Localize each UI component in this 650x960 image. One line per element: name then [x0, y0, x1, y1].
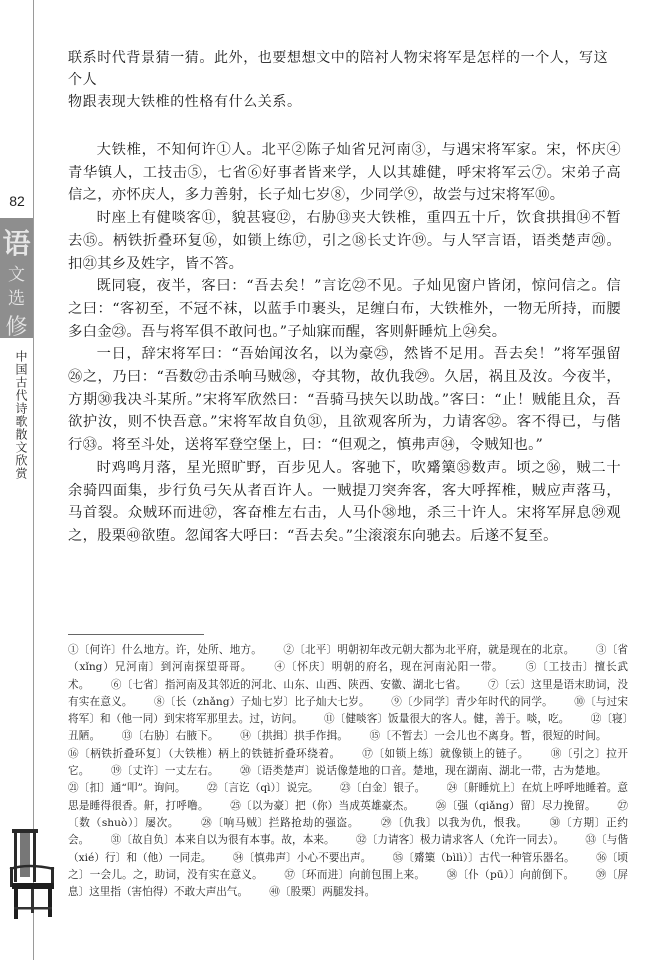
footnote: ⑮〔不暂去〕一会儿也不离身。暂，很短的时间。	[348, 730, 607, 742]
lead-line: 物跟表现大铁椎的性格有什么关系。	[68, 91, 621, 113]
footnote: ㉜〔力请客〕极力请求客人（允许一同去）。	[335, 834, 564, 846]
footnote: ㉛〔故自负〕本来自以为很有本事。故，本来。	[89, 834, 334, 846]
footnote: ㉕〔以为豪〕把（你）当成英雄豪杰。	[209, 800, 415, 812]
footnote: ⑥〔七省〕指河南及其邻近的河北、山东、山西、陕西、安徽、湖北七省。	[90, 679, 467, 691]
footnote: ⑰〔如锁上练〕就像锁上的链子。	[341, 748, 529, 760]
footnote: ⑲〔丈许〕一丈左右。	[90, 765, 219, 777]
footnotes: ①〔何许〕什么地方。许，处所、地方。②〔北平〕明朝初年改元朝大都为北平府，就是现…	[68, 642, 628, 901]
footnote: ⑳〔语类楚声〕说话像楚地的口音。楚地，现在湖南、湖北一带，古为楚地。	[219, 765, 607, 777]
lead-line: 联系时代背景猜一猜。此外，也要想想文中的陪衬人物宋将军是怎样的一个人，写这个人	[68, 47, 621, 91]
footnote: ㊳〔仆（pū）〕向前倒下。	[425, 869, 574, 881]
footnote: ⑧〔长（zhǎng）子灿七岁〕比子灿大七岁。	[133, 696, 370, 708]
footnote: ㉙〔仇我〕以我为仇，恨我。	[359, 817, 528, 829]
footnote: ⑪〔健啖客〕饭量很大的客人。健，善于。啖，吃。	[303, 713, 570, 725]
footnote: ④〔怀庆〕明朝的府名，现在河南沁阳一带。	[252, 661, 503, 673]
margin-rule	[33, 0, 34, 960]
chair-illustration-icon	[8, 827, 58, 922]
page-number: 82	[2, 193, 32, 209]
footnote: ㉒〔言讫（qì）〕说完。	[186, 782, 319, 794]
volume-title: 中国古代诗歌散文欣赏	[4, 350, 28, 480]
footnote: ㉟〔觱篥（bìlì）〕古代一种管乐器名。	[371, 852, 574, 864]
text-paragraph: 既同寝，夜半，客曰：“吾去矣！”言讫㉒不见。子灿见窗户皆闭，惊问信之。信之曰：“…	[68, 275, 621, 343]
footnote: ㉞〔慎弗声〕小心不要出声。	[212, 852, 372, 864]
footnote: ㉓〔白金〕银子。	[319, 782, 426, 794]
footnote: ㉖〔强（qiǎng）留〕尽力挽留。	[414, 800, 596, 812]
series-char: 文	[0, 260, 33, 285]
main-content: 联系时代背景猜一猜。此外，也要想想文中的陪衬人物宋将军是怎样的一个人，写这个人 …	[68, 47, 621, 548]
footnote: ⑨〔少同学〕青少年时代的同学。	[370, 696, 553, 708]
footnote: ㉘〔响马贼〕拦路抢劫的强盗。	[179, 817, 359, 829]
series-title-band: 语 文 选 修	[0, 218, 33, 338]
footnote: ㊲〔环而进〕向前包围上来。	[263, 869, 425, 881]
series-char: 修	[0, 310, 33, 341]
footnote: ⑬〔右胁〕右腋下。	[100, 730, 218, 742]
series-char: 语	[0, 222, 33, 262]
footnote: ②〔北平〕明朝初年改元朝大都为北平府，就是现在的北京。	[262, 644, 574, 656]
footnote-divider	[68, 634, 204, 635]
footnote: ①〔何许〕什么地方。许，处所、地方。	[68, 644, 262, 656]
classical-text: 大铁椎，不知何许①人。北平②陈子灿省兄河南③，与遇宋将军家。宋，怀庆④青华镇人，…	[68, 139, 621, 548]
footnote: ㊵〔股栗〕两腿发抖。	[248, 886, 375, 898]
text-paragraph: 时鸡鸣月落，星光照旷野，百步见人。客驰下，吹觱篥㉟数声。顷之㊱，贼二十余骑四面集…	[68, 457, 621, 548]
series-char: 选	[0, 284, 33, 309]
footnote: ⑭〔拱揖〕拱手作揖。	[219, 730, 348, 742]
text-paragraph: 一日，辞宋将军曰：“吾始闻汝名，以为豪㉕，然皆不足用。吾去矣！”将军强留㉖之，乃…	[68, 343, 621, 457]
text-paragraph: 大铁椎，不知何许①人。北平②陈子灿省兄河南③，与遇宋将军家。宋，怀庆④青华镇人，…	[68, 139, 621, 207]
text-paragraph: 时座上有健啖客⑪，貌甚寝⑫，右胁⑬夹大铁椎，重四五十斤，饮食拱揖⑭不暂去⑮。柄铁…	[68, 207, 621, 275]
